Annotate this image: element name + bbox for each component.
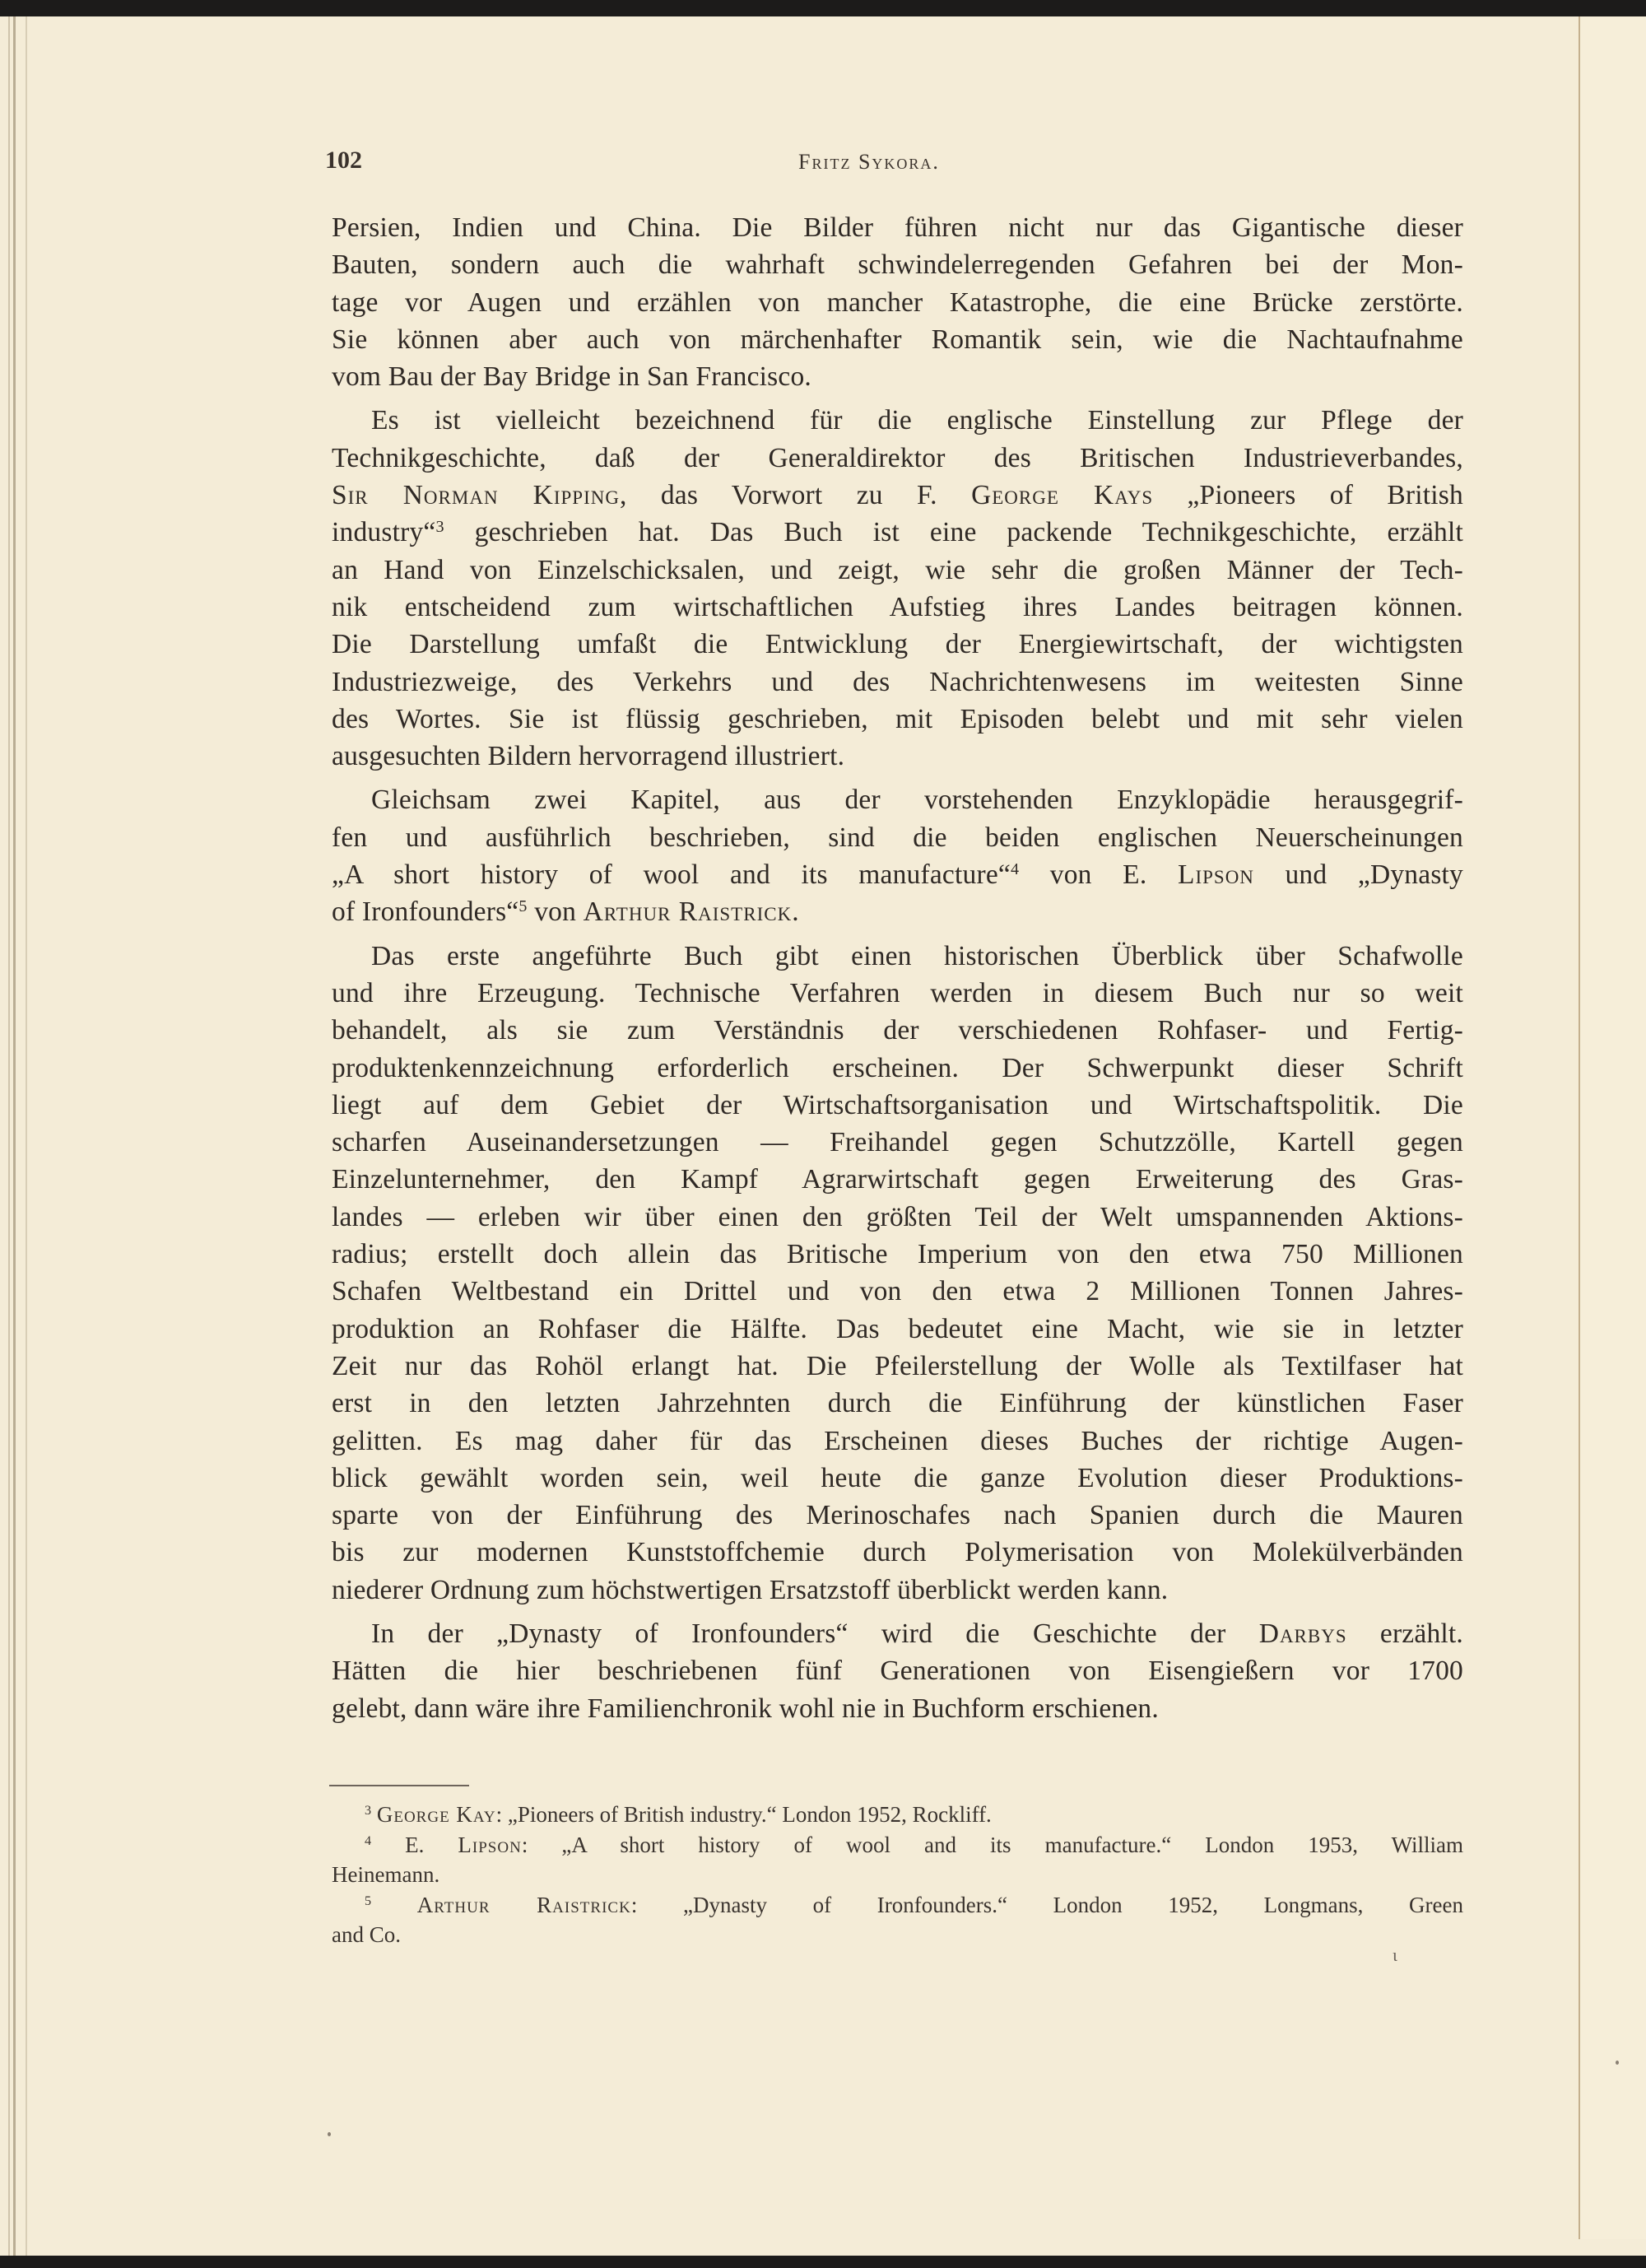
text-line: industry“3 geschrieben hat. Das Buch ist… (332, 514, 1463, 551)
paragraph: Es ist vielleicht bezeichnend für die en… (332, 402, 1463, 775)
footnote-reference: 4 (1011, 860, 1019, 878)
running-header: 102 Fritz Sykora. (325, 147, 1465, 179)
text-line: fen und ausführlich beschrieben, sind di… (332, 819, 1463, 856)
paper-speck (1616, 2061, 1619, 2065)
text-line: Sie können aber auch von märchenhafter R… (332, 321, 1463, 358)
text-line: liegt auf dem Gebiet der Wirtschaftsorga… (332, 1087, 1463, 1124)
footnote-rule (329, 1785, 469, 1786)
footnote-number: 3 (365, 1803, 371, 1818)
text-line: Schafen Weltbestand ein Drittel und von … (332, 1273, 1463, 1310)
small-caps-name: Darbys (1259, 1618, 1347, 1649)
text-line: Es ist vielleicht bezeichnend für die en… (332, 402, 1463, 439)
small-caps-name: Arthur Raistrick (584, 896, 793, 927)
paper-speck (328, 2132, 331, 2136)
text-line: of Ironfounders“5 von Arthur Raistrick. (332, 893, 1463, 930)
text-line: scharfen Auseinandersetzungen — Freihand… (332, 1124, 1463, 1161)
text-line: tage vor Augen und erzählen von mancher … (332, 284, 1463, 321)
text-line: In der „Dynasty of Ironfounders“ wird di… (332, 1615, 1463, 1652)
text-line: und ihre Erzeugung. Technische Verfahren… (332, 975, 1463, 1012)
text-line: Technikgeschichte, daß der Generaldirekt… (332, 440, 1463, 477)
page-edge-line (13, 16, 16, 2257)
footnote: 4 E. Lipson: „A short history of wool an… (332, 1830, 1463, 1890)
text-line: Gleichsam zwei Kapitel, aus der vorstehe… (332, 781, 1463, 818)
stray-mark: ι (1393, 1944, 1397, 1966)
paragraph: Das erste angeführte Buch gibt einen his… (332, 938, 1463, 1609)
adjacent-page-edge (1579, 16, 1646, 2239)
page-number: 102 (325, 147, 362, 175)
text-line: Industriezweige, des Verkehrs und des Na… (332, 664, 1463, 701)
small-caps-name: Arthur Raistrick (417, 1893, 631, 1917)
text-line: Einzelunternehmer, den Kampf Agrarwirtsc… (332, 1161, 1463, 1198)
text-line: „A short history of wool and its manufac… (332, 856, 1463, 893)
footnote-line: 5 Arthur Raistrick: „Dynasty of Ironfoun… (332, 1890, 1463, 1921)
footnote-line: and Co. (332, 1920, 1463, 1950)
text-line: Bauten, sondern auch die wahrhaft schwin… (332, 246, 1463, 283)
text-line: nik entscheidend zum wirtschaftlichen Au… (332, 589, 1463, 626)
text-line: Hätten die hier beschriebenen fünf Gener… (332, 1652, 1463, 1689)
footnote: 5 Arthur Raistrick: „Dynasty of Ironfoun… (332, 1890, 1463, 1950)
text-line: Die Darstellung umfaßt die Entwicklung d… (332, 626, 1463, 663)
small-caps-name: George Kays (971, 480, 1153, 510)
text-line: des Wortes. Sie ist flüssig geschrieben,… (332, 701, 1463, 738)
text-line: ausgesuchten Bildern hervorragend illust… (332, 738, 1463, 775)
scan-border-bottom (0, 2256, 1646, 2268)
text-line: Persien, Indien und China. Die Bilder fü… (332, 209, 1463, 246)
small-caps-name: Lipson (458, 1833, 521, 1857)
text-line: an Hand von Einzelschicksalen, und zeigt… (332, 552, 1463, 589)
text-line: behandelt, als sie zum Verständnis der v… (332, 1012, 1463, 1049)
text-line: Zeit nur das Rohöl erlangt hat. Die Pfei… (332, 1348, 1463, 1385)
text-line: gelitten. Es mag daher für das Erscheine… (332, 1423, 1463, 1460)
page-edge-line (26, 16, 27, 2257)
footnote: 3 George Kay: „Pioneers of British indus… (332, 1800, 1463, 1830)
text-line: Das erste angeführte Buch gibt einen his… (332, 938, 1463, 975)
body-text: Persien, Indien und China. Die Bilder fü… (332, 209, 1463, 1727)
footnote-line: 4 E. Lipson: „A short history of wool an… (332, 1830, 1463, 1861)
running-title: Fritz Sykora. (798, 150, 940, 175)
text-line: vom Bau der Bay Bridge in San Francisco. (332, 358, 1463, 395)
footnote-line: Heinemann. (332, 1860, 1463, 1890)
text-line: landes — erleben wir über einen den größ… (332, 1199, 1463, 1236)
page-edge-line (8, 16, 10, 2257)
footnotes: 3 George Kay: „Pioneers of British indus… (332, 1800, 1463, 1950)
footnote-reference: 3 (435, 518, 444, 536)
paragraph: In der „Dynasty of Ironfounders“ wird di… (332, 1615, 1463, 1727)
text-line: niederer Ordnung zum höchstwertigen Ersa… (332, 1572, 1463, 1609)
footnote-line: 3 George Kay: „Pioneers of British indus… (332, 1800, 1463, 1830)
text-line: sparte von der Einführung des Merinoscha… (332, 1497, 1463, 1534)
text-line: radius; erstellt doch allein das Britisc… (332, 1236, 1463, 1273)
text-line: gelebt, dann wäre ihre Familienchronik w… (332, 1690, 1463, 1727)
text-line: produktenkennzeichnung erforderlich ersc… (332, 1050, 1463, 1087)
text-line: Sir Norman Kipping, das Vorwort zu F. Ge… (332, 477, 1463, 514)
footnote-number: 4 (365, 1833, 371, 1848)
text-line: erst in den letzten Jahrzehnten durch di… (332, 1385, 1463, 1422)
scan-border-top (0, 0, 1646, 16)
text-line: produktion an Rohfaser die Hälfte. Das b… (332, 1311, 1463, 1348)
text-line: bis zur modernen Kunststoffchemie durch … (332, 1534, 1463, 1571)
footnote-reference: 5 (518, 897, 527, 915)
footnote-number: 5 (365, 1893, 371, 1908)
paragraph: Persien, Indien und China. Die Bilder fü… (332, 209, 1463, 395)
small-caps-name: George Kay (377, 1802, 496, 1827)
small-caps-name: Sir Norman Kipping (332, 480, 620, 510)
text-line: blick gewählt worden sein, weil heute di… (332, 1460, 1463, 1497)
paragraph: Gleichsam zwei Kapitel, aus der vorstehe… (332, 781, 1463, 930)
small-caps-name: Lipson (1178, 859, 1254, 890)
